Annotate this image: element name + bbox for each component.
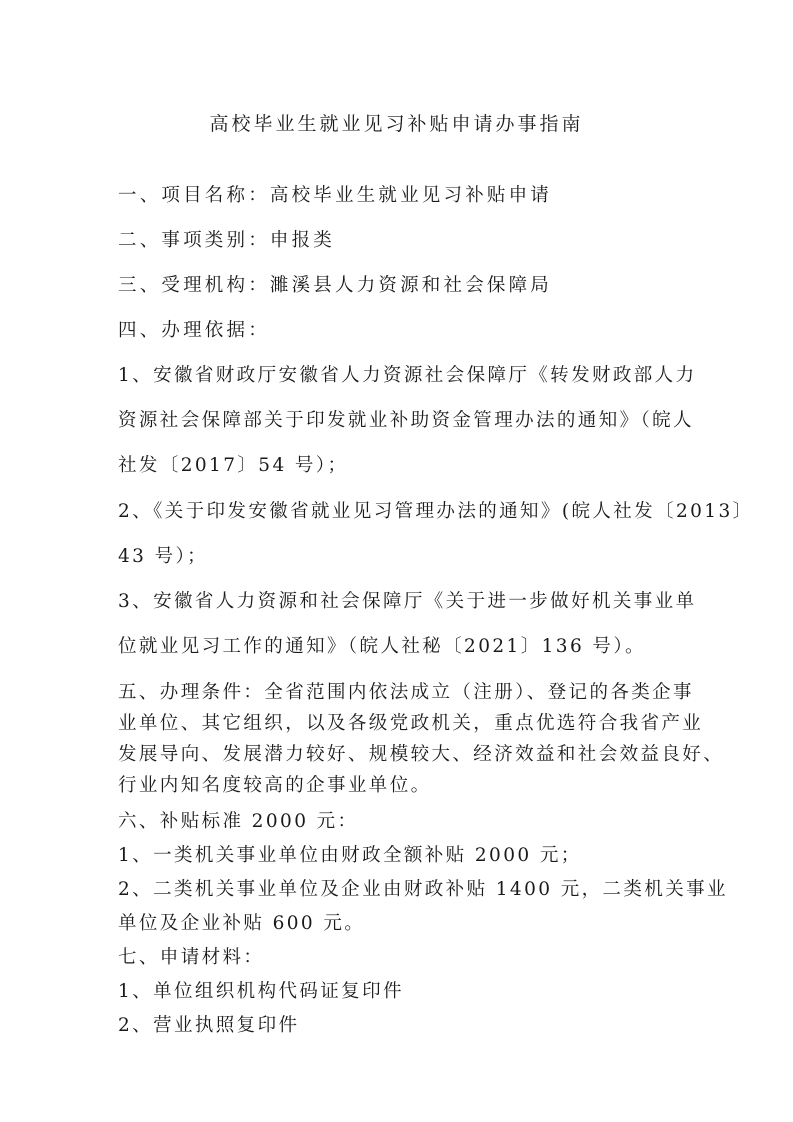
conditions-line-1: 五、办理条件：全省范围内依法成立（注册）、登记的各类企事: [118, 680, 694, 706]
subsidy-item-1: 1、一类机关事业单位由财政全额补贴 2000 元；: [118, 843, 582, 869]
section-project-name: 一、项目名称：高校毕业生就业见习补贴申请: [118, 183, 552, 209]
materials-item-1: 1、单位组织机构代码证复印件: [118, 979, 404, 1005]
subsidy-heading: 六、补贴标准 2000 元：: [118, 809, 358, 835]
basis-item-1-line-3: 社发〔2017〕54 号）；: [118, 453, 348, 479]
section-agency: 三、受理机构：濉溪县人力资源和社会保障局: [118, 273, 552, 299]
basis-item-1-line-2: 资源社会保障部关于印发就业补助资金管理办法的通知》（皖人: [118, 408, 694, 434]
section-basis-heading: 四、办理依据：: [118, 318, 270, 344]
document-title: 高校毕业生就业见习补贴申请办事指南: [0, 110, 793, 138]
basis-item-2-line-2: 43 号）；: [118, 544, 208, 570]
basis-item-2-line-1: 2、《关于印发安徽省就业见习管理办法的通知》(皖人社发〔2013〕: [118, 499, 754, 525]
document-page: 高校毕业生就业见习补贴申请办事指南 一、项目名称：高校毕业生就业见习补贴申请 二…: [0, 0, 793, 1122]
basis-item-3-line-1: 3、安徽省人力资源和社会保障厅《关于进一步做好机关事业单: [118, 589, 696, 615]
section-category: 二、事项类别：申报类: [118, 228, 335, 254]
conditions-line-2: 业单位、其它组织，以及各级党政机关，重点优选符合我省产业: [118, 711, 703, 737]
materials-heading: 七、申请材料：: [118, 945, 264, 971]
subsidy-item-2-line-2: 单位及企业补贴 600 元。: [118, 911, 365, 937]
materials-item-2: 2、营业执照复印件: [118, 1013, 299, 1039]
subsidy-item-2-line-1: 2、二类机关事业单位及企业由财政补贴 1400 元，二类机关事业: [118, 877, 728, 903]
basis-item-3-line-2: 位就业见习工作的通知》（皖人社秘〔2021〕136 号）。: [118, 634, 646, 660]
conditions-line-3: 发展导向、发展潜力较好、规模较大、经济效益和社会效益良好、: [118, 742, 724, 768]
basis-item-1-line-1: 1、安徽省财政厅安徽省人力资源社会保障厅《转发财政部人力: [118, 363, 696, 389]
conditions-line-4: 行业内知名度较高的企事业单位。: [118, 773, 432, 799]
